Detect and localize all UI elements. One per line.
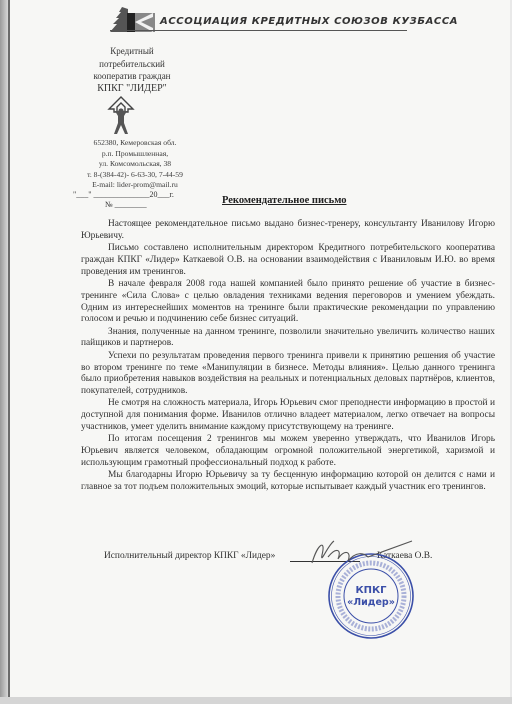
org-name-abbrev: КПКГ "ЛИДЕР" [62, 83, 202, 96]
scan-edge-bottom [0, 697, 512, 704]
paragraph: По итогам посещения 2 тренингов мы можем… [81, 434, 495, 469]
header-rule [110, 30, 407, 31]
address-line: ул. Комсомольская, 38 [55, 159, 215, 170]
handwritten-signature [308, 535, 418, 575]
address-block: 652380, Кемеровская обл. р.п. Промышленн… [55, 138, 215, 191]
paragraph: Письмо составлено исполнительным директо… [81, 243, 495, 278]
association-title: АССОЦИАЦИЯ КРЕДИТНЫХ СОЮЗОВ КУЗБАССА [160, 16, 458, 27]
scan-edge-left [0, 0, 8, 704]
paragraph: Настоящее рекомендательное письмо выдано… [81, 219, 495, 243]
date-field: "___" ______________20___г. [73, 190, 174, 199]
person-arrow-emblem-icon [106, 96, 136, 136]
letter-title: Рекомендательное письмо [222, 195, 346, 206]
paragraph: Не смотря на сложность материала, Игорь … [81, 398, 495, 433]
org-name-line: потребительский [62, 58, 202, 71]
paragraph: Мы благодарны Игорю Юрьевичу за ту бесце… [81, 470, 495, 494]
paragraph: В начале февраля 2008 года нашей компани… [81, 279, 495, 326]
paragraph: Успехи по результатам проведения первого… [81, 351, 495, 398]
organization-name: Кредитный потребительский кооператив гра… [62, 45, 202, 95]
org-name-line: кооператив граждан [62, 70, 202, 83]
paragraph: Знания, полученные на данном тренинге, п… [81, 327, 495, 351]
address-line: р.п. Промышленная, [55, 149, 215, 160]
letter-body: Настоящее рекомендательное письмо выдано… [81, 219, 495, 494]
signatory-position: Исполнительный директор КПКГ «Лидер» [104, 551, 275, 561]
address-line: 652380, Кемеровская обл. [55, 138, 215, 149]
phone-line: т. 8-(384-42)- 6-63-30, 7-44-59 [55, 170, 215, 181]
number-field: № ________ [105, 200, 147, 209]
org-name-line: Кредитный [62, 45, 202, 58]
svg-text:КПКГ: КПКГ [355, 585, 387, 596]
svg-text:«Лидер»: «Лидер» [347, 597, 395, 608]
